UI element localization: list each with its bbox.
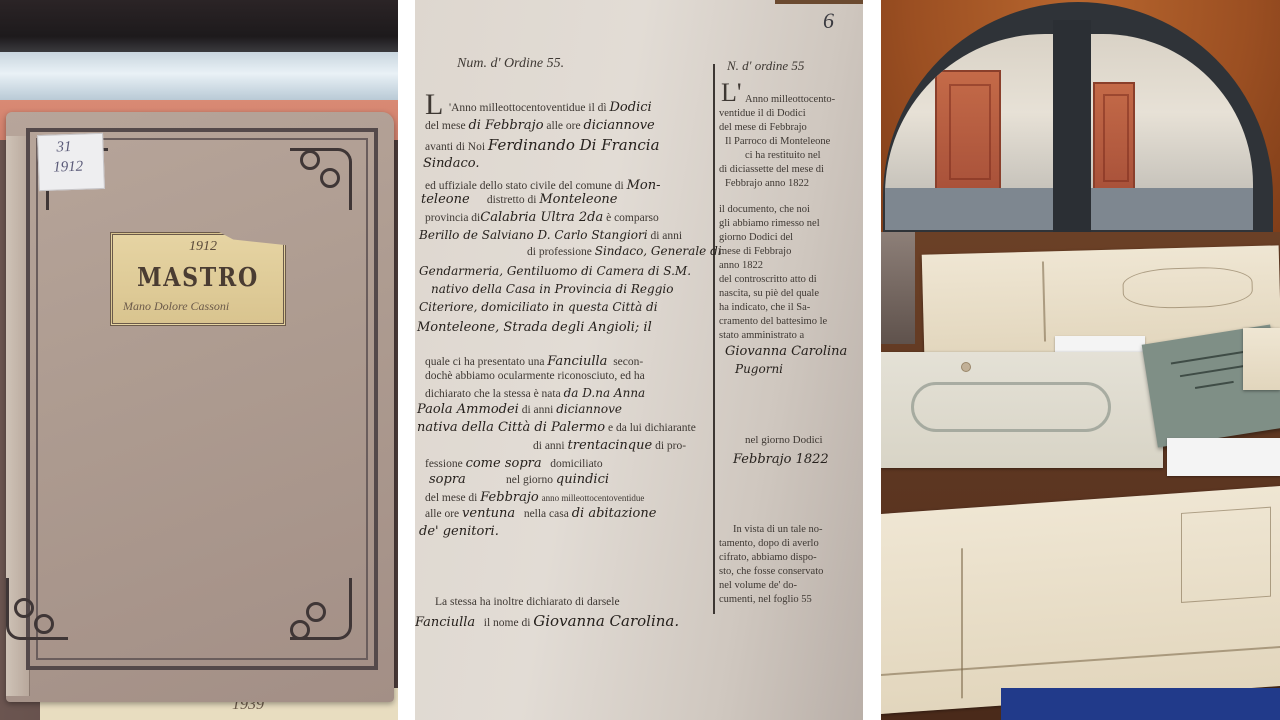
right-record-line: stato amministrato a [719,330,804,341]
record-line: di anni trentacinque di pro- [533,438,686,453]
right-record-line: dì diciassette del mese di [719,164,824,175]
right-record-line: cramento del battesimo le [719,316,827,327]
right-record-line: il documento, che noi [719,204,810,215]
record-line: provincia diCalabria Ultra 2da è compars… [425,210,659,225]
record-line: fessione come sopra domiciliato [425,456,603,471]
right-record-line: nascita, su piè del quale [719,288,819,299]
right-record-line: Il Parroco di Monteleone [725,136,830,147]
paper-edge [775,0,863,4]
record-line: teleone distretto di Monteleone [421,192,617,207]
street [1091,188,1253,230]
right-record-number-heading: N. d' ordine 55 [727,58,804,74]
right-record-line: cifrato, abbiamo dispo- [719,552,817,563]
ledger-label-year: 1912 [189,239,217,255]
right-record-handwriting: Pugorni [735,362,783,376]
street-door [1093,82,1135,190]
record-line: Fanciulla il nome di Giovanna Carolina. [415,612,679,630]
right-record-handwriting: Febbrajo 1822 [733,452,829,467]
record-line: di professione Sindaco, Generale di [527,244,722,258]
scroll-ornament-icon [290,620,310,640]
right-record-line: Febbrajo anno 1822 [725,178,809,189]
ledger-photo-panel: 1939 31 1912 1912 MASTRO Mano Dolore Cas… [0,0,398,720]
record-line: quale ci ha presentato una Fanciulla sec… [425,354,643,369]
record-handwriting: Citeriore, domiciliato in questa Città d… [419,300,658,314]
right-record-line: sto, che fosse conservato [719,566,823,577]
record-initial: L [425,88,443,122]
scroll-ornament-icon [14,598,34,618]
record-handwriting: Gendarmeria, Gentiluomo di Camera di S.M… [419,264,691,278]
record-line: alle ore ventuna nella casa di abitazion… [425,506,656,521]
record-line: del mese di Febbrajo alle ore diciannove [425,118,655,133]
right-record-line: ci ha restituito nel [745,150,821,161]
scroll-ornament-icon [300,150,320,170]
right-record-line: mese di Febbrajo [719,246,791,257]
column-divider [713,64,715,614]
right-record-line: del controscritto atto di [719,274,817,285]
bound-volume [881,232,915,344]
right-record-line: gli abbiamo rimesso nel [719,218,820,229]
record-line: sopra nel giorno quindici [429,472,609,487]
light-strip [0,52,398,100]
record-line: 'Anno milleottocentoventidue il dì Dodic… [449,100,652,115]
scroll-ornament-icon [320,168,340,188]
right-record-handwriting: Giovanna Carolina [725,344,847,359]
civil-record-photo-panel: 6 Num. d' Ordine 55. L 'Anno milleottoce… [415,0,863,720]
street-door [935,70,1001,190]
record-line: avanti di Noi Ferdinando Di Francia [425,136,660,154]
right-record-line: giorno Dodici del [719,232,793,243]
ceiling [0,0,398,52]
right-record-line: Anno milleottocento- [745,94,835,105]
archive-tag-number: 31 [56,139,72,157]
window-mullion [1053,20,1091,250]
right-record-line: nel giorno Dodici [745,434,823,446]
record-handwriting: de' genitori. [419,524,499,539]
street [885,188,1053,230]
right-record-line: tamento, dopo di averlo [719,538,819,549]
map-with-river [881,352,1163,468]
architectural-plan [881,486,1280,714]
record-handwriting: nativo della Casa in Provincia di Reggio [431,282,673,296]
ledger-label-title: MASTRO [126,263,271,293]
record-line: Paola Ammodei di anni diciannove [417,402,622,417]
record-line: La stessa ha inoltre dichiarato di darse… [435,596,620,608]
right-record-line: cumenti, nel foglio 55 [719,594,812,605]
right-record-line: del mese di Febbrajo [719,122,807,133]
exhibition-photo-panel [881,0,1280,720]
display-base [1001,688,1280,720]
corner-mark: 6 [823,8,834,34]
ledger-label: 1912 MASTRO Mano Dolore Cassoni [110,232,286,326]
record-line: dichiarato che la stessa è nata da D.na … [425,386,645,400]
right-record-line: ha indicato, che il Sa- [719,302,810,313]
archive-tag-year: 1912 [53,159,84,177]
record-line: Berillo de Salviano D. Carlo Stangiori d… [419,228,682,242]
document-edge [1243,328,1280,390]
record-line: del mese di Febbrajo anno milleottocento… [425,490,644,505]
label-card [1167,438,1280,476]
archive-tag: 31 1912 [37,133,105,191]
scroll-ornament-icon [306,602,326,622]
right-record-line: ventidue il dì Dodici [719,108,806,119]
record-handwriting: Sindaco. [423,156,480,171]
record-handwriting: Monteleone, Strada degli Angioli; il [417,320,652,335]
right-record-initial: L' [721,78,742,108]
record-line: dochè abbiamo ocularmente riconosciuto, … [425,370,645,382]
right-record-line: anno 1822 [719,260,763,271]
record-number-heading: Num. d' Ordine 55. [457,56,564,72]
scroll-ornament-icon [34,614,54,634]
ledger-label-subtitle: Mano Dolore Cassoni [123,299,229,314]
record-line: nativa della Città di Palermo e da lui d… [417,420,696,435]
right-record-line: nel volume de' do- [719,580,797,591]
record-line: ed uffiziale dello stato civile del comu… [425,178,661,193]
right-record-line: In vista di un tale no- [733,524,823,535]
